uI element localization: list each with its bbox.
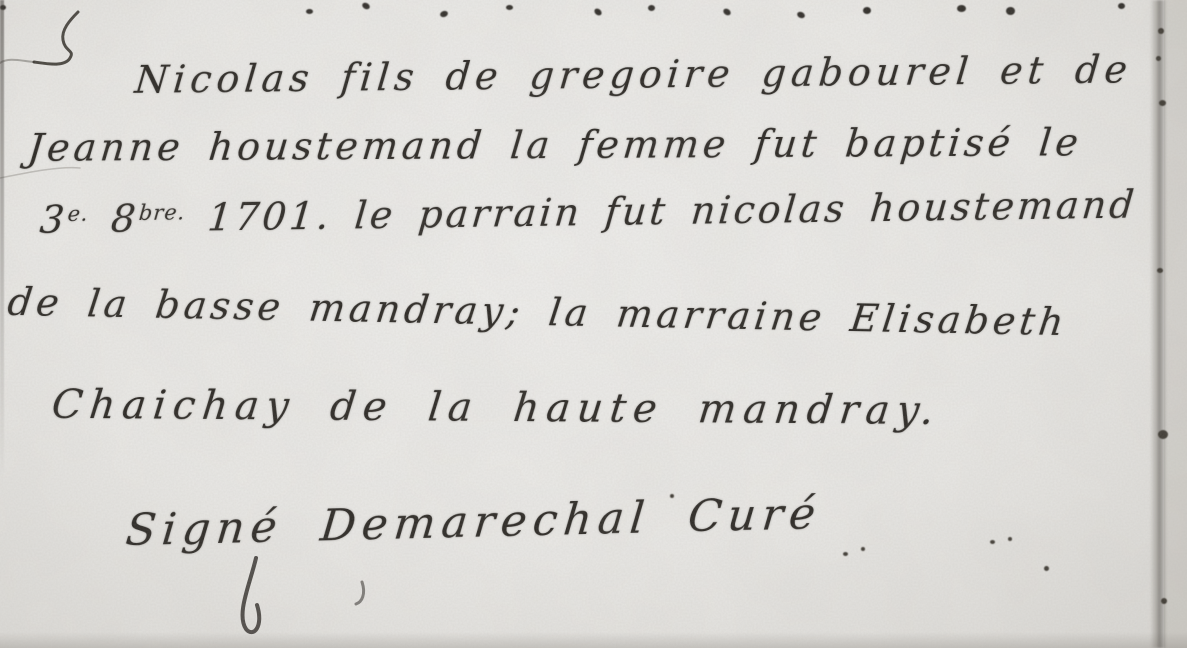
ink-speck bbox=[861, 547, 865, 551]
ink-dot bbox=[957, 5, 966, 12]
ink-dot bbox=[593, 7, 603, 17]
fold-spot bbox=[1161, 598, 1167, 604]
line2-text: Jeanne houstemand la femme fut baptisé l… bbox=[26, 120, 1084, 170]
ink-dot bbox=[722, 7, 732, 17]
signature-text: Signé Demarechal Curé bbox=[123, 488, 823, 556]
baptism-month: 8 bbox=[86, 197, 140, 242]
margin-flourish bbox=[34, 12, 78, 64]
fold-spot bbox=[1158, 430, 1168, 439]
ink-speck bbox=[990, 540, 995, 544]
baptism-month-suffix: bre. bbox=[138, 200, 187, 225]
line3-rest: 1701. le parrain fut nicolas houstemand bbox=[183, 183, 1139, 240]
ink-speck bbox=[843, 552, 848, 556]
line4-text: de la basse mandray; la marraine Elisabe… bbox=[5, 280, 1070, 344]
fold-spot bbox=[1157, 268, 1163, 273]
binding-fold-line bbox=[1150, 0, 1166, 648]
page-edge-left bbox=[0, 0, 4, 480]
ink-dot bbox=[506, 5, 513, 10]
fold-spot bbox=[1159, 100, 1166, 106]
ink-dot bbox=[1118, 3, 1125, 9]
margin-flourish-tail bbox=[0, 60, 34, 63]
ink-dot bbox=[361, 1, 371, 10]
ink-dot bbox=[439, 10, 449, 18]
manuscript-line-2: Jeanne houstemand la femme fut baptisé l… bbox=[26, 120, 1084, 170]
ink-dot bbox=[796, 11, 806, 20]
page-edge-right bbox=[1164, 0, 1187, 648]
signature-line: Signé Demarechal Curé bbox=[123, 488, 823, 556]
signature-descender-small bbox=[356, 582, 364, 604]
ink-dot bbox=[1006, 7, 1015, 15]
manuscript-scan: Nicolas fils de gregoire gabourel et de … bbox=[0, 0, 1187, 648]
baptism-day: 3 bbox=[38, 198, 69, 242]
baptism-day-ordinal: e. bbox=[67, 202, 90, 226]
page-edge-bottom bbox=[0, 632, 1187, 648]
ink-speck bbox=[1044, 566, 1049, 571]
manuscript-line-4: de la basse mandray; la marraine Elisabe… bbox=[5, 280, 1070, 344]
manuscript-line-1: Nicolas fils de gregoire gabourel et de bbox=[133, 48, 1134, 102]
line5-text: Chaichay de la haute mandray. bbox=[49, 382, 943, 434]
manuscript-line-5: Chaichay de la haute mandray. bbox=[49, 382, 943, 434]
ink-dot bbox=[648, 5, 655, 11]
ink-dot bbox=[306, 9, 313, 14]
fold-spot bbox=[1156, 56, 1161, 61]
line1-text: Nicolas fils de gregoire gabourel et de bbox=[133, 48, 1134, 102]
signature-descender bbox=[243, 558, 260, 632]
fold-spot bbox=[1158, 28, 1164, 34]
ink-dot bbox=[863, 7, 871, 14]
ink-speck bbox=[1008, 537, 1012, 541]
manuscript-line-3: 3e. 8bre. 1701. le parrain fut nicolas h… bbox=[38, 183, 1139, 242]
